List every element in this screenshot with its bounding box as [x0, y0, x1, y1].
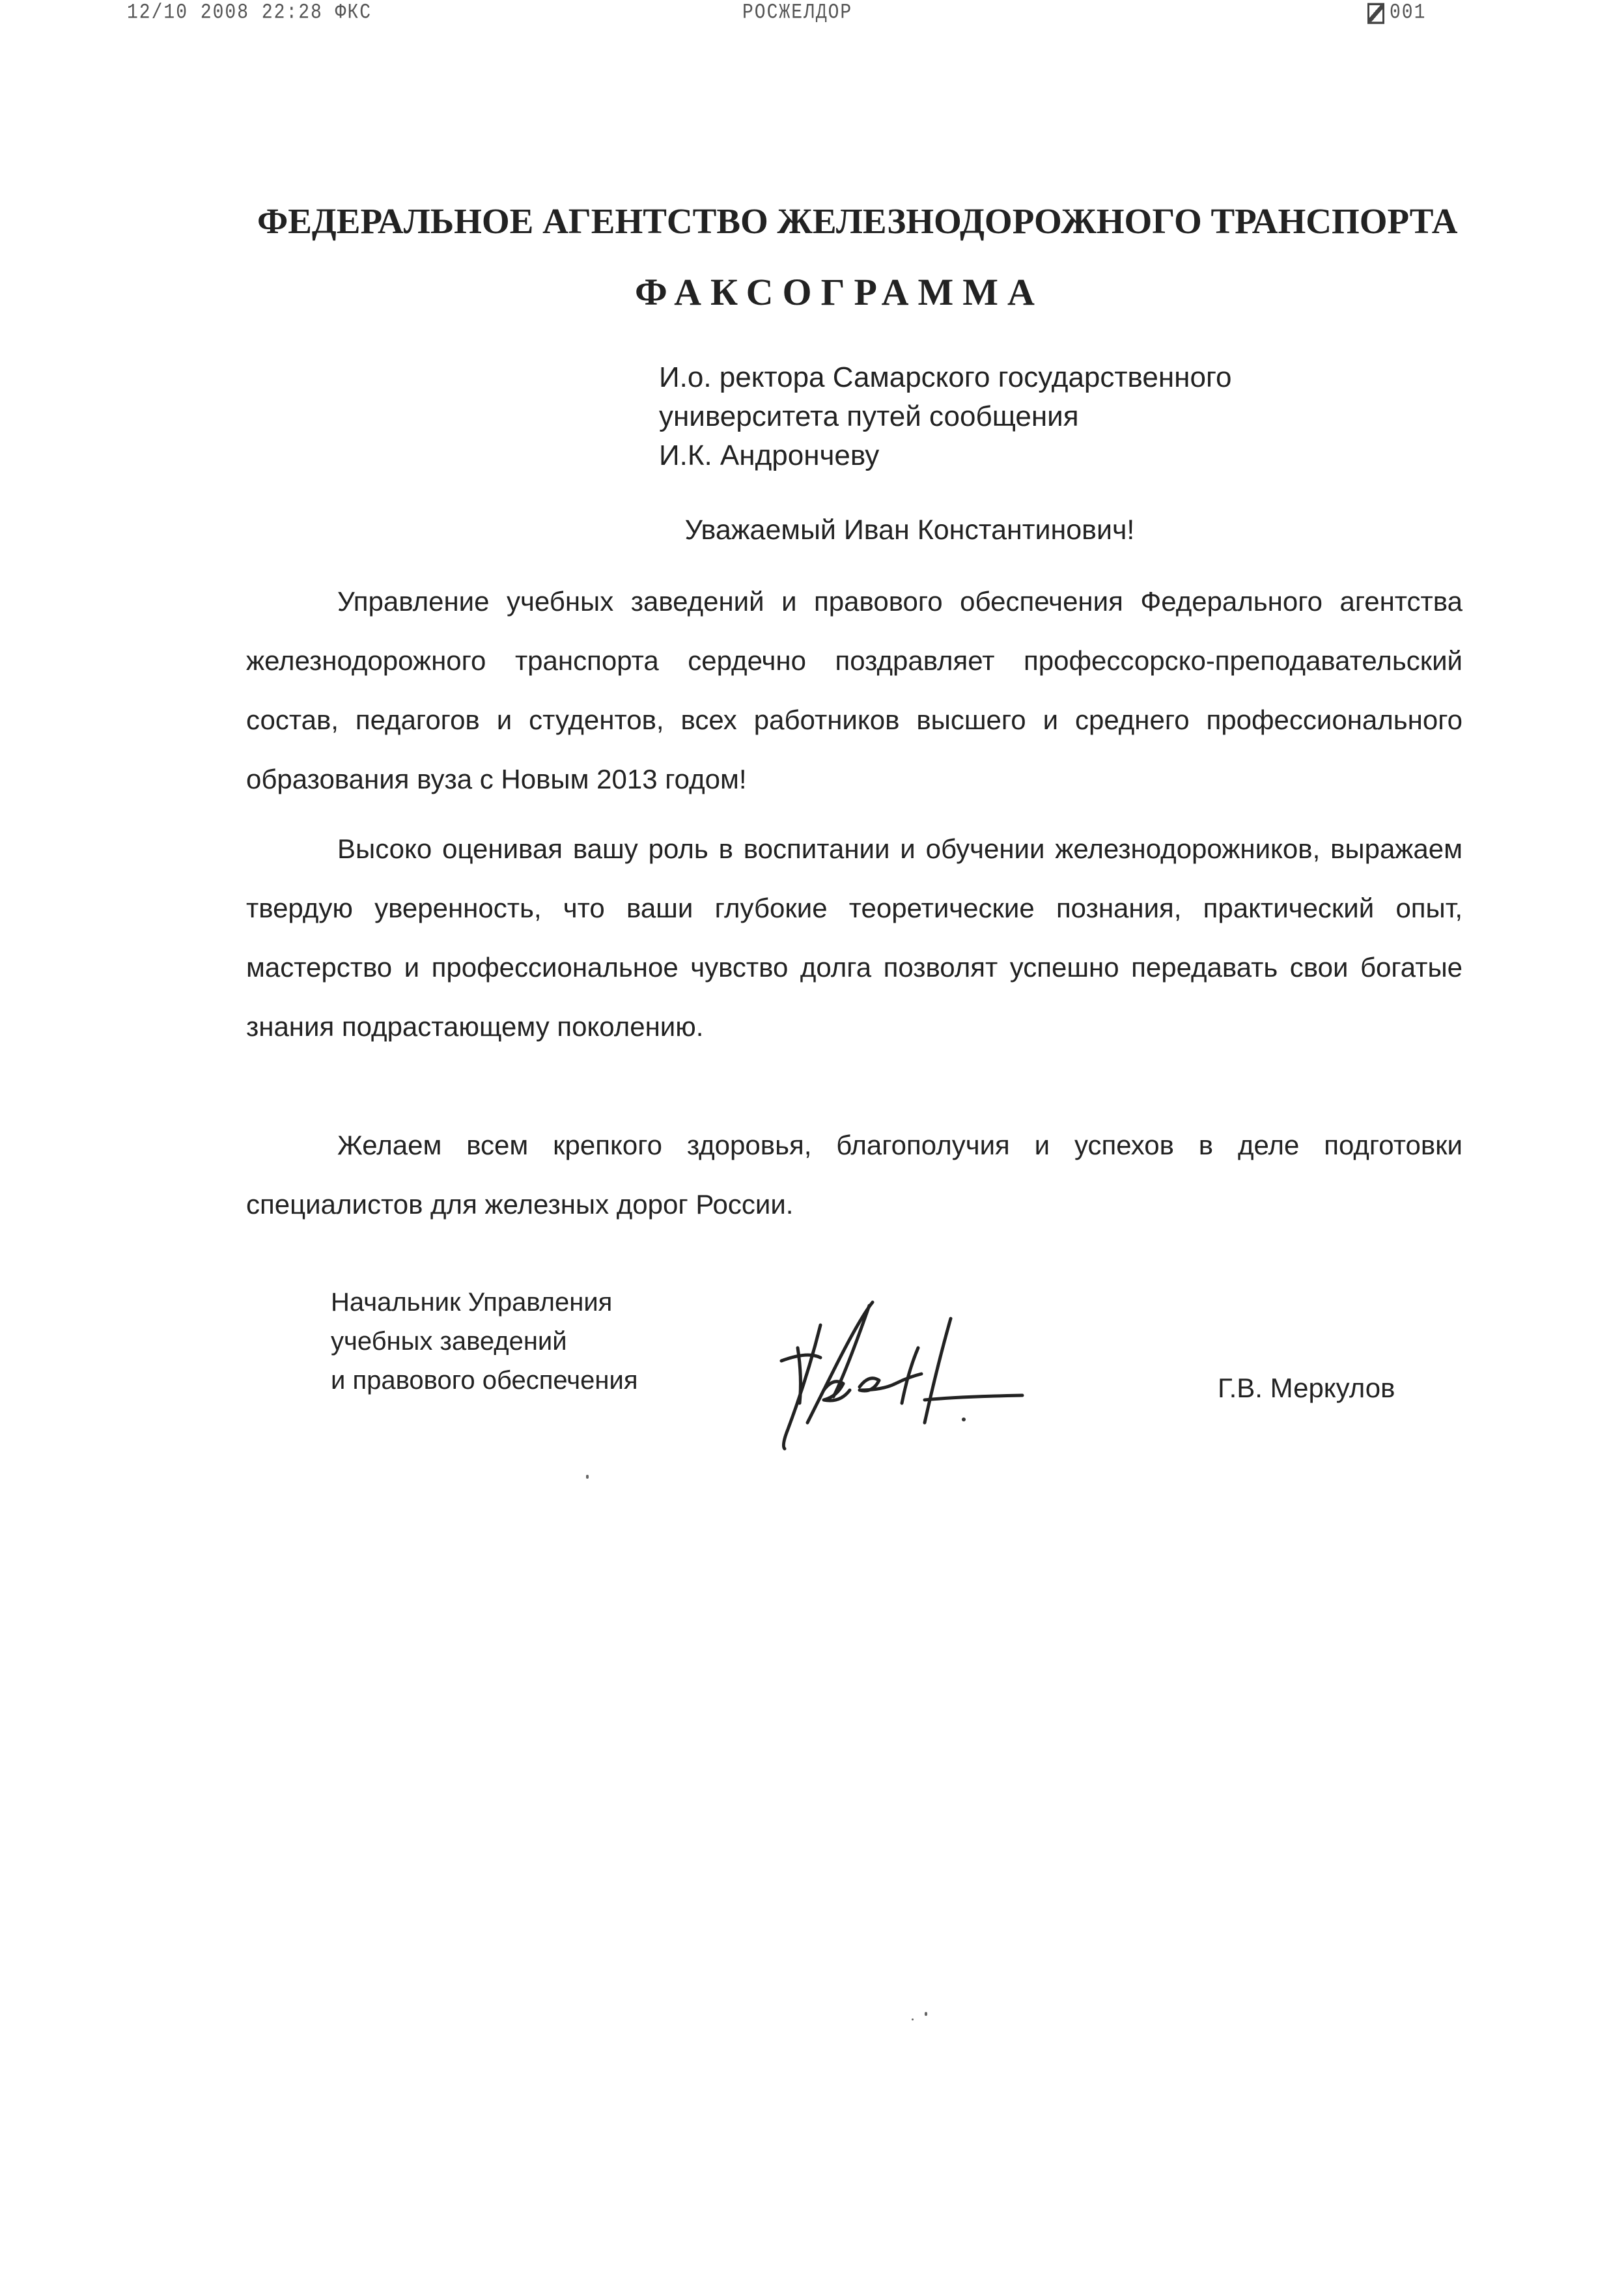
- salutation: Уважаемый Иван Константинович!: [0, 514, 1624, 546]
- position-line-1: Начальник Управления: [331, 1283, 637, 1322]
- signer-position: Начальник Управления учебных заведений и…: [331, 1283, 637, 1400]
- recipient-line-3: И.К. Андрончеву: [659, 436, 1232, 475]
- paragraph-text: Желаем всем крепкого здоровья, благополу…: [246, 1115, 1463, 1234]
- body-paragraph-1: Управление учебных заведений и правового…: [246, 572, 1463, 809]
- handwritten-signature-icon: [762, 1292, 1185, 1455]
- fax-page-icon: [1367, 3, 1384, 23]
- position-line-3: и правового обеспечения: [331, 1361, 637, 1400]
- scan-artifact: [925, 2012, 927, 2016]
- fax-page-number: 001: [1390, 1, 1426, 25]
- agency-title: ФЕДЕРАЛЬНОЕ АГЕНТСТВО ЖЕЛЕЗНОДОРОЖНОГО Т…: [257, 201, 1462, 242]
- recipient-block: И.о. ректора Самарского государственного…: [659, 358, 1232, 475]
- scan-artifact: [586, 1475, 589, 1479]
- signer-name: Г.В. Меркулов: [1218, 1373, 1395, 1404]
- paragraph-text: Высоко оценивая вашу роль в воспитании и…: [246, 819, 1463, 1056]
- scan-artifact: [912, 2018, 914, 2020]
- body-paragraph-2: Высоко оценивая вашу роль в воспитании и…: [246, 819, 1463, 1056]
- fax-sender: РОСЖЕЛДОР: [742, 1, 852, 25]
- position-line-2: учебных заведений: [331, 1322, 637, 1361]
- fax-transmission-header: 12/10 2008 22:28 ФКС РОСЖЕЛДОР 001: [0, 0, 1624, 30]
- recipient-line-2: университета путей сообщения: [659, 397, 1232, 436]
- body-paragraph-3: Желаем всем крепкого здоровья, благополу…: [246, 1115, 1463, 1234]
- paragraph-text: Управление учебных заведений и правового…: [246, 572, 1463, 809]
- fax-page-indicator: 001: [1367, 1, 1426, 25]
- document-type: ФАКСОГРАММА: [635, 270, 1044, 314]
- recipient-line-1: И.о. ректора Самарского государственного: [659, 358, 1232, 397]
- fax-datetime: 12/10 2008 22:28 ФКС: [127, 1, 372, 25]
